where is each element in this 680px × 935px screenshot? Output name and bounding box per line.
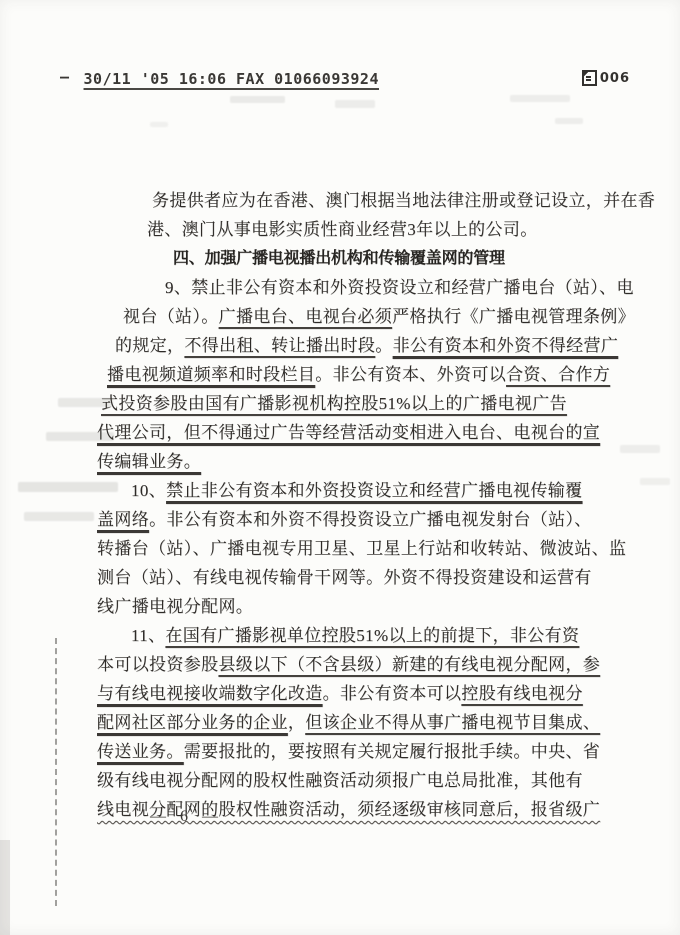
document-body: 务提供者应为在香港、澳门根据当地法律注册或登记设立，并在香港、澳门从事电影实质性… xyxy=(97,186,627,824)
document-line: 视台（站）。广播电台、电视台必须严格执行《广播电视管理条例》 xyxy=(123,302,627,331)
text-segment: 10、 xyxy=(131,481,166,500)
text-segment: 本可以投资参股 xyxy=(97,655,218,674)
underlined-text-segment: 控股有线电视分 xyxy=(461,684,582,703)
underlined-text-segment: 县级以下（不含县级）新建的有线电视分配网，参 xyxy=(218,655,600,674)
text-segment: 。 xyxy=(375,336,392,355)
underlined-text-segment: 传编辑业务。 xyxy=(97,452,201,471)
document-line: 9、禁止非公有资本和外资投资设立和经营广播电台（站）、电 xyxy=(165,273,627,302)
document-line: 式投资参股由国有广播影视机构控股51%以上的广播电视广告 xyxy=(101,389,627,418)
document-line: 线广播电视分配网。 xyxy=(97,592,627,621)
underlined-text-segment: 不得出租、转让播出时段 xyxy=(184,336,375,355)
text-segment: ， xyxy=(288,713,305,732)
section-heading: 四、加强广播电视播出机构和传输覆盖网的管理 xyxy=(173,244,627,273)
scan-edge-shadow xyxy=(0,840,10,935)
underlined-text-segment: 式投资参股由国有广播影视机构控股51%以上的广播电视广告 xyxy=(101,394,567,413)
text-segment: 港、澳门从事电影实质性商业经营3年以上的公司。 xyxy=(147,220,538,239)
underlined-text-segment: 播电视频道频率和时段栏目 xyxy=(107,365,315,384)
document-line: 港、澳门从事电影实质性商业经营3年以上的公司。 xyxy=(147,215,627,244)
document-line: 传送业务。需要报批的，要按照有关规定履行报批手续。中央、省 xyxy=(97,737,627,766)
document-line: 传编辑业务。 xyxy=(97,447,627,476)
underlined-text-segment: 禁止非公有资本和外资投资设立和经营广播电视传输覆 xyxy=(166,481,582,500)
document-line: 务提供者应为在香港、澳门根据当地法律注册或登记设立，并在香 xyxy=(152,186,627,215)
text-segment: 。非公有资本可以 xyxy=(323,684,462,703)
document-line: 级有线电视分配网的股权性融资活动须报广电总局批准，其他有 xyxy=(97,766,627,795)
document-line: 与有线电视接收端数字化改造。非公有资本可以控股有线电视分 xyxy=(97,679,627,708)
text-segment: 的规定， xyxy=(115,336,184,355)
document-line: 播电视频道频率和时段栏目。非公有资本、外资可以合资、合作方 xyxy=(107,360,627,389)
text-segment: 级有线电视分配网的股权性融资活动须报广电总局批准，其他有 xyxy=(97,771,583,790)
text-segment: 四、加强广播电视播出机构和传输覆盖网的管理 xyxy=(173,250,505,267)
document-line: 配网社区部分业务的企业，但该企业不得从事广播电视节目集成、 xyxy=(97,708,627,737)
underlined-text-segment: 配网社区部分业务的企业 xyxy=(97,713,288,732)
text-segment: 9、禁止非公有资本和外资投资设立和经营广播电台（站）、电 xyxy=(165,278,634,297)
underlined-text-segment: 在国有广播影视单位控股51%以上的前提下，非公有资 xyxy=(165,626,579,645)
document-icon xyxy=(582,70,597,86)
text-segment: 。非公有资本、外资可以 xyxy=(315,365,506,384)
document-line: 转播台（站）、广播电视专用卫星、卫星上行站和收转站、微波站、监 xyxy=(97,534,627,563)
text-segment: 。非公有资本和外资不得投资设立广播电视发射台（站）、 xyxy=(149,510,592,529)
document-line: 测台（站）、有线电视传输骨干网等。外资不得投资建设和运营有 xyxy=(97,563,627,592)
document-line: 盖网络。非公有资本和外资不得投资设立广播电视发射台（站）、 xyxy=(97,505,627,534)
text-segment: 严格执行《广播电视管理条例》 xyxy=(392,307,635,326)
underlined-text-segment: 非公有资本和外资不得经营广 xyxy=(393,336,619,355)
document-line: 10、禁止非公有资本和外资投资设立和经营广播电视传输覆 xyxy=(131,476,627,505)
scan-noise xyxy=(24,512,94,521)
underlined-text-segment: 与有线电视接收端数字化改造 xyxy=(97,684,323,703)
underlined-text-segment: 但该企业不得从事广播电视节目集成、 xyxy=(305,713,600,732)
text-segment: 转播台（站）、广播电视专用卫星、卫星上行站和收转站、微波站、监 xyxy=(97,539,626,558)
text-segment: 视台（站）。 xyxy=(123,307,219,326)
page-number: — 6 — xyxy=(150,808,223,826)
scan-noise xyxy=(150,122,168,127)
scan-noise xyxy=(335,100,375,108)
page-counter-stamp: 006 xyxy=(582,70,630,86)
scanned-fax-page: —30/11 '05 16:06 FAX 01066093924 006 务提供… xyxy=(0,0,680,935)
scan-noise xyxy=(555,118,583,124)
fax-header: —30/11 '05 16:06 FAX 01066093924 006 xyxy=(60,70,660,92)
underlined-text-segment: 盖网络 xyxy=(97,510,149,529)
underlined-text-segment: 合资、合作方 xyxy=(506,365,610,384)
document-line: 11、在国有广播影视单位控股51%以上的前提下，非公有资 xyxy=(131,621,627,650)
text-segment: 11、 xyxy=(131,626,165,645)
document-line: 的规定，不得出租、转让播出时段。非公有资本和外资不得经营广 xyxy=(115,331,627,360)
text-segment: 线广播电视分配网。 xyxy=(97,597,253,616)
text-segment: 务提供者应为在香港、澳门根据当地法律注册或登记设立，并在香 xyxy=(152,191,655,210)
document-line: 代理公司，但不得通过广告等经营活动变相进入电台、电视台的宣 xyxy=(97,418,627,447)
text-segment: 需要报批的，要按照有关规定履行报批手续。中央、省 xyxy=(184,742,600,761)
underlined-text-segment: 代理公司，但不得通过广告等经营活动变相进入电台、电视台的宣 xyxy=(97,423,600,442)
scan-fold-line xyxy=(55,638,57,906)
document-line: 本可以投资参股县级以下（不含县级）新建的有线电视分配网，参 xyxy=(97,650,627,679)
scan-noise xyxy=(510,95,570,102)
underlined-text-segment: 广播电台、电视台必须 xyxy=(219,307,393,326)
underlined-text-segment: 传送业务。 xyxy=(97,742,184,761)
fax-transmission-line: 30/11 '05 16:06 FAX 01066093924 xyxy=(84,70,379,88)
stamp-number: 006 xyxy=(600,71,630,86)
scan-noise xyxy=(640,478,670,485)
text-segment: 测台（站）、有线电视传输骨干网等。外资不得投资建设和运营有 xyxy=(97,568,592,587)
scan-noise xyxy=(230,96,285,103)
header-dash: — xyxy=(60,68,70,86)
